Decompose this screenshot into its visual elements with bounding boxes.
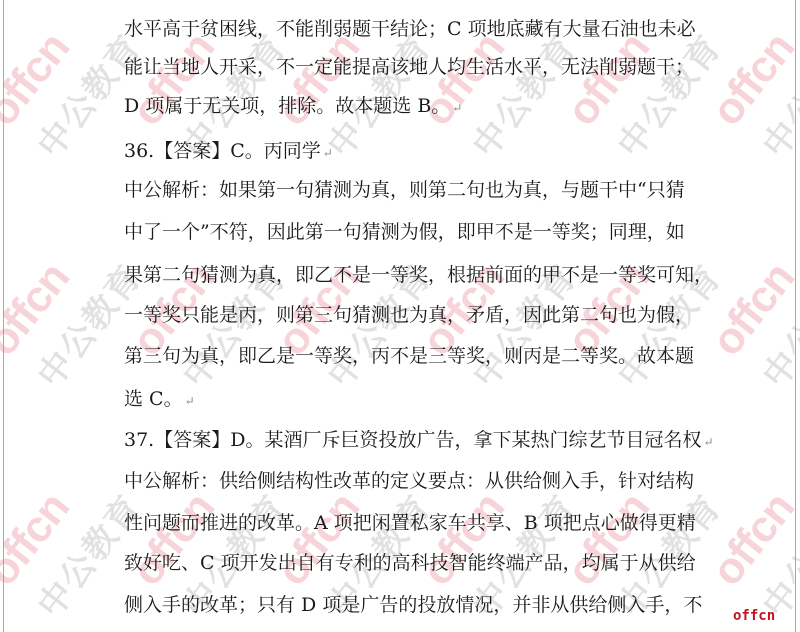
watermark-tile: offcn中公教育: [702, 0, 800, 142]
text-line-content: 选 C。: [124, 388, 183, 410]
text-line-content: 中公解析：供给侧结构性改革的定义要点：从供给侧入手，针对结构: [124, 470, 694, 492]
watermark-brand: offcn: [557, 484, 660, 596]
text-line: D 项属于无关项，排除。故本题选 B。↵: [124, 94, 678, 118]
text-line: 36.【答案】C。丙同学↵: [124, 139, 678, 163]
watermark-chinese: 中公教育: [749, 482, 800, 626]
text-line: 性问题而推进的改革。A 项把闲置私家车共享、B 项把点心做得更精: [124, 511, 678, 535]
paragraph-mark-icon: ↵: [452, 101, 462, 115]
watermark-brand: offcn: [412, 484, 515, 596]
text-line: 致好吃、C 项开发出自有专利的高科技智能终端产品，均属于从供给: [124, 551, 678, 575]
watermark-brand: offcn: [702, 24, 800, 136]
text-line-content: 水平高于贫困线，不能削弱题干结论；C 项地底藏有大量石油也未必: [124, 18, 696, 40]
watermark-chinese: 中公教育: [749, 22, 800, 166]
text-line-content: 性问题而推进的改革。A 项把闲置私家车共享、B 项把点心做得更精: [124, 512, 696, 534]
watermark-brand: offcn: [0, 24, 80, 136]
text-line: 一等奖只能是丙，则第三句猜测也为真，矛盾，因此第二句也为假，: [124, 303, 678, 327]
watermark-brand: offcn: [0, 484, 80, 596]
paragraph-mark-icon: ↵: [185, 394, 195, 408]
watermark-tile: offcn中公教育: [0, 0, 123, 142]
watermark-tile: offcn中公教育: [0, 208, 123, 371]
paragraph-mark-icon: ↵: [703, 435, 713, 449]
text-line: 37.【答案】D。某酒厂斥巨资投放广告，拿下某热门综艺节目冠名权↵: [124, 428, 678, 452]
text-line: 能让当地人开采，不一定能提高该地人均生活水平，无法削弱题干；: [124, 55, 678, 79]
watermark-brand: offcn: [0, 254, 80, 366]
text-line-content: 致好吃、C 项开发出自有专利的高科技智能终端产品，均属于从供给: [124, 552, 696, 574]
text-line: 中了一个”不符，因此第一句猜测为假，即甲不是一等奖；同理，如: [124, 220, 678, 244]
text-line-content: 能让当地人开采，不一定能提高该地人均生活水平，无法削弱题干；: [124, 56, 694, 78]
watermark-chinese: 中公教育: [749, 252, 800, 396]
text-line-content: 中了一个”不符，因此第一句猜测为假，即甲不是一等奖；同理，如: [124, 221, 685, 243]
text-line-content: 一等奖只能是丙，则第三句猜测也为真，矛盾，因此第二句也为假，: [124, 304, 694, 326]
text-line-content: 侧入手的改革；只有 D 项是广告的投放情况，并非从供给侧入手，不: [124, 594, 702, 616]
offcn-logo: offcn: [733, 608, 775, 624]
watermark-tile: offcn中公教育: [0, 438, 123, 601]
text-line: 侧入手的改革；只有 D 项是广告的投放情况，并非从供给侧入手，不: [124, 593, 678, 617]
watermark-brand: offcn: [702, 254, 800, 366]
text-line-content: D 项属于无关项，排除。故本题选 B。: [124, 95, 450, 117]
text-line-content: 中公解析：如果第一句猜测为真，则第二句也为真，与题干中“只猜: [124, 179, 685, 201]
text-line: 中公解析：如果第一句猜测为真，则第二句也为真，与题干中“只猜: [124, 178, 678, 202]
watermark-brand: offcn: [122, 484, 225, 596]
text-line-content: 果第二句猜测为真，即乙不是一等奖，根据前面的甲不是一等奖可知，: [124, 264, 713, 286]
paragraph-mark-icon: ↵: [323, 146, 333, 160]
text-line-content: 37.【答案】D。某酒厂斥巨资投放广告，拿下某热门综艺节目冠名权: [124, 429, 701, 451]
text-line: 中公解析：供给侧结构性改革的定义要点：从供给侧入手，针对结构: [124, 469, 678, 493]
page-right-border: [795, 0, 796, 632]
text-line: 水平高于贫困线，不能削弱题干结论；C 项地底藏有大量石油也未必: [124, 17, 678, 41]
text-line: 果第二句猜测为真，即乙不是一等奖，根据前面的甲不是一等奖可知，: [124, 263, 678, 287]
text-line: 选 C。↵: [124, 387, 678, 411]
watermark-tile: offcn中公教育: [702, 438, 800, 601]
text-line: 第三句为真，即乙是一等奖，丙不是三等奖，则丙是二等奖。故本题: [124, 344, 678, 368]
text-line-content: 第三句为真，即乙是一等奖，丙不是三等奖，则丙是二等奖。故本题: [124, 345, 694, 367]
watermark-brand: offcn: [702, 484, 800, 596]
watermark-tile: offcn中公教育: [702, 208, 800, 371]
text-line-content: 36.【答案】C。丙同学: [124, 140, 321, 162]
page-left-border: [3, 0, 4, 632]
watermark-brand: offcn: [267, 484, 370, 596]
